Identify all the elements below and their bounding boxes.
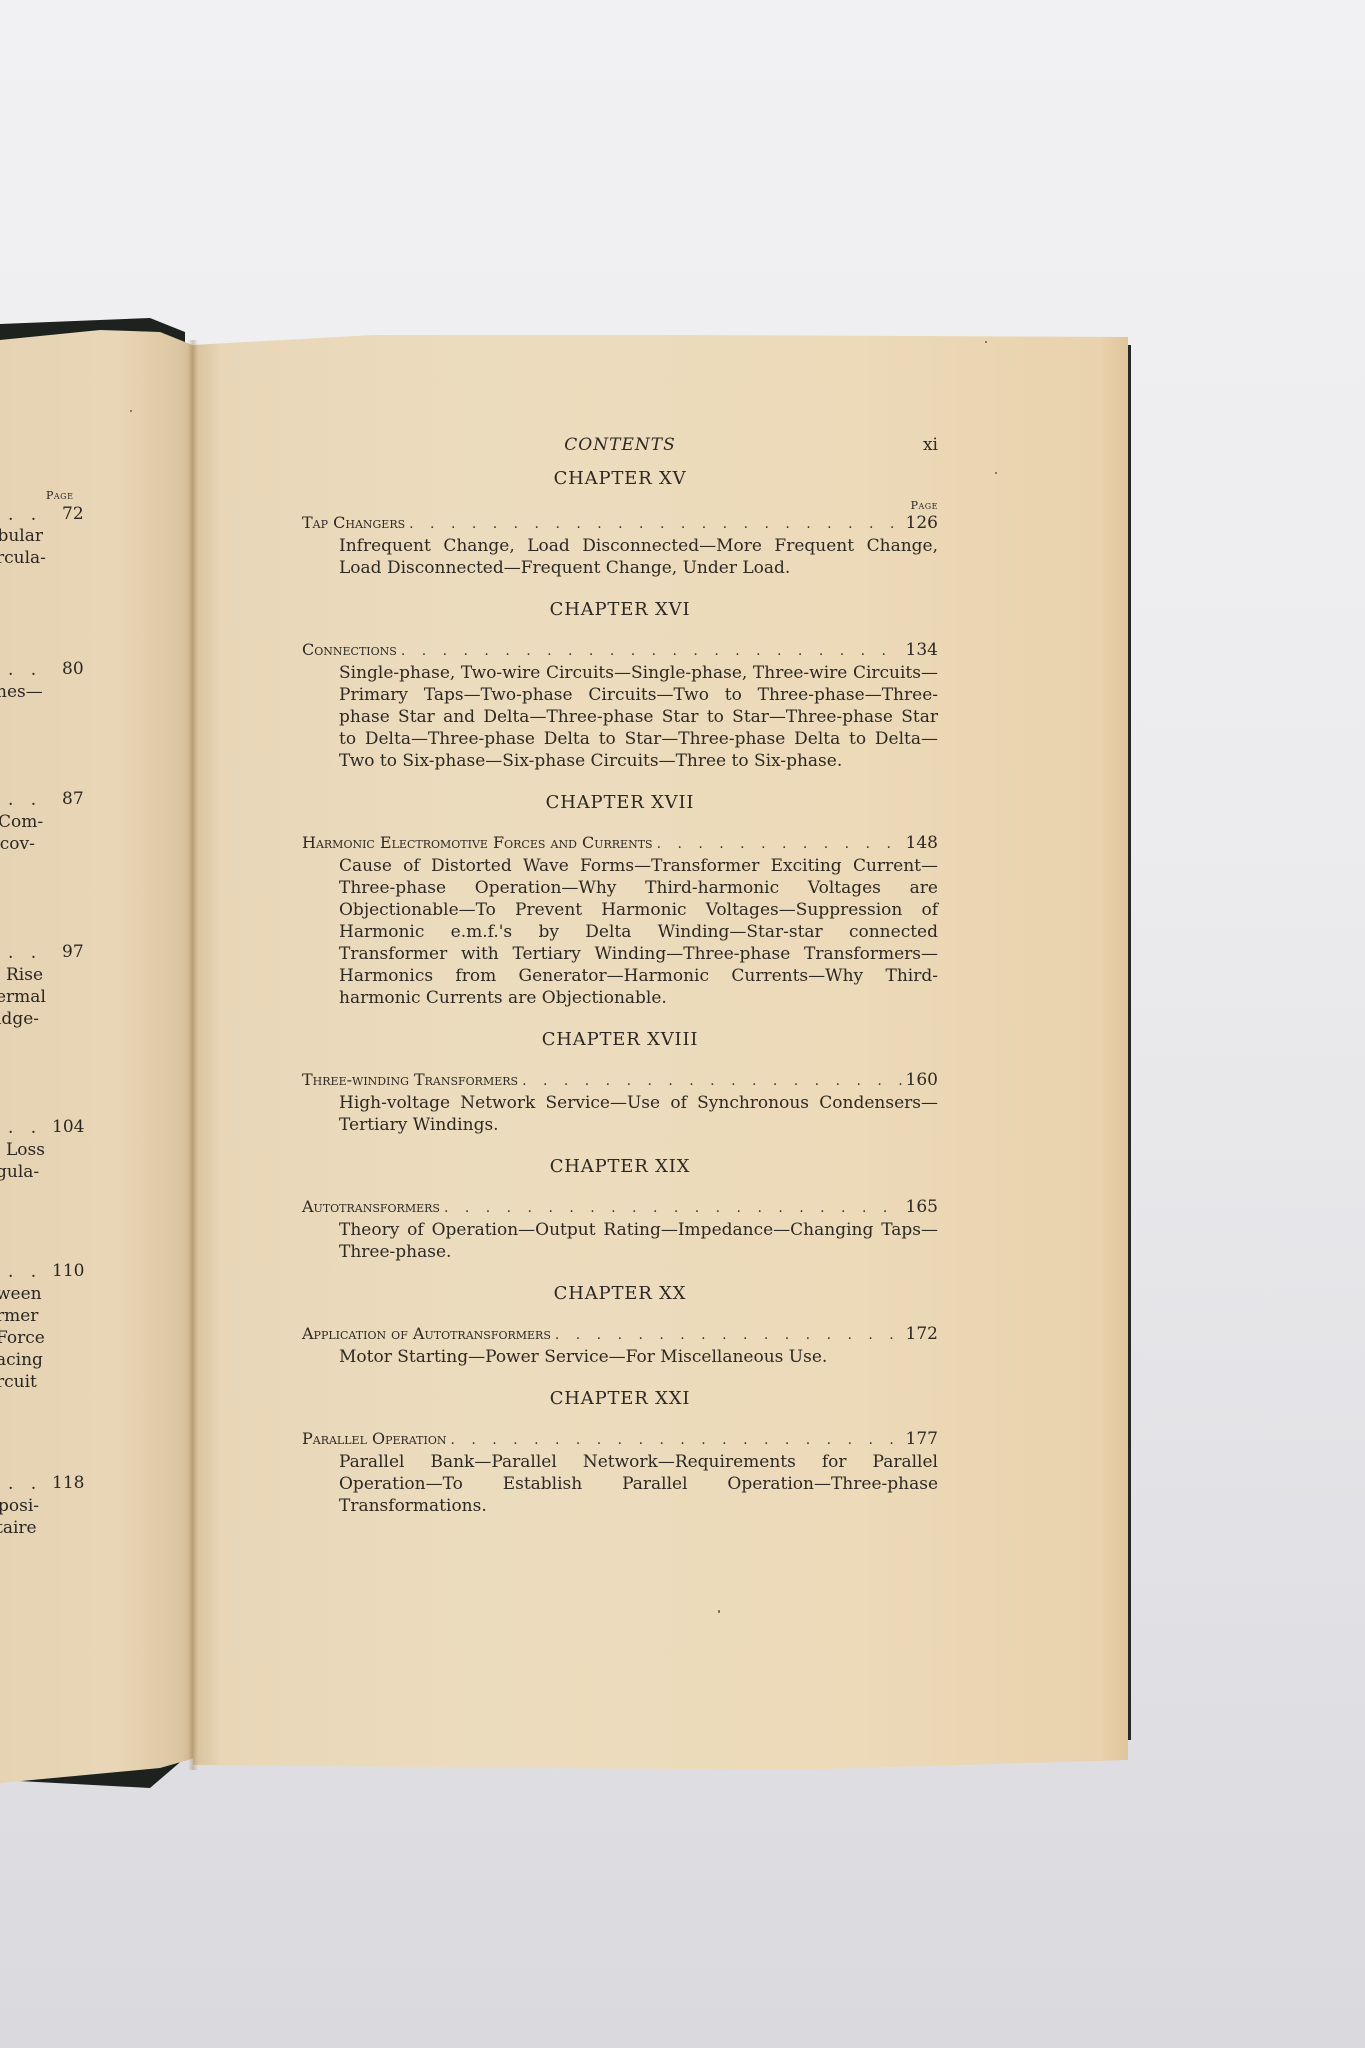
page-number: 118 bbox=[52, 1473, 84, 1493]
entry-page: 126 bbox=[906, 512, 938, 534]
leader-dots: . . . . . . . . . . . . . . . . . . . . … bbox=[401, 640, 902, 662]
entry-page: 172 bbox=[906, 1323, 938, 1345]
entry-description: High-voltage Network Service—Use of Sync… bbox=[302, 1092, 938, 1136]
fragment-line: rmer bbox=[0, 1305, 38, 1327]
leader-dots: . . bbox=[8, 1473, 42, 1495]
page-folio: xi bbox=[923, 434, 938, 456]
running-head-title: CONTENTS bbox=[302, 434, 938, 456]
toc-entry[interactable]: Connections . . . . . . . . . . . . . . … bbox=[302, 639, 938, 662]
fragment-line: Force bbox=[0, 1327, 45, 1349]
leader-dots: . . bbox=[8, 504, 42, 526]
chapter-section: CHAPTER XVIII Three-winding Transformers… bbox=[302, 1029, 938, 1136]
fragment-line: ween bbox=[0, 1283, 42, 1305]
leader-dots: . . . . . . . . . . . . . . . . . . . . … bbox=[444, 1197, 902, 1219]
chapter-heading: CHAPTER XVIII bbox=[302, 1029, 938, 1051]
fragment-line: nes— bbox=[0, 681, 43, 703]
chapter-section: CHAPTER XVI Connections . . . . . . . . … bbox=[302, 599, 938, 772]
toc-entry[interactable]: Autotransformers . . . . . . . . . . . .… bbox=[302, 1196, 938, 1219]
chapter-section: CHAPTER XV Page Tap Changers . . . . . .… bbox=[302, 468, 938, 579]
chapter-heading: CHAPTER XIX bbox=[302, 1156, 938, 1178]
leader-dots: . . . . . . . . . . . . . . . . . . . . … bbox=[450, 1429, 901, 1451]
entry-description: Infrequent Change, Load Disconnected—Mor… bbox=[302, 535, 938, 579]
fragment-line: rcuit bbox=[0, 1371, 37, 1393]
toc-entry[interactable]: Tap Changers . . . . . . . . . . . . . .… bbox=[302, 512, 938, 535]
page-number: 104 bbox=[52, 1117, 84, 1137]
leader-dots: . . . . . . . . . . . . . . . . . . . . … bbox=[522, 1070, 901, 1092]
toc-entry[interactable]: Parallel Operation . . . . . . . . . . .… bbox=[302, 1428, 938, 1451]
page-number: 72 bbox=[62, 504, 84, 524]
fragment-line: bular bbox=[0, 525, 43, 547]
fragment-line: rcula- bbox=[0, 547, 46, 569]
chapter-heading: CHAPTER XV bbox=[302, 468, 938, 490]
chapter-section: CHAPTER XXI Parallel Operation . . . . .… bbox=[302, 1388, 938, 1517]
fragment-line: acing bbox=[0, 1349, 43, 1371]
fragment-line: Loss bbox=[6, 1139, 45, 1161]
chapter-section: CHAPTER XVII Harmonic Electromotive Forc… bbox=[302, 792, 938, 1009]
paper-speck bbox=[985, 341, 987, 343]
leader-dots: . . . . . . . . . . . . . . . . . . . . … bbox=[555, 1324, 902, 1346]
entry-title: Harmonic Electromotive Forces and Curren… bbox=[302, 832, 653, 854]
entry-page: 165 bbox=[906, 1196, 938, 1218]
chapter-section: CHAPTER XIX Autotransformers . . . . . .… bbox=[302, 1156, 938, 1263]
entry-description: Theory of Operation—Output Rating—Impeda… bbox=[302, 1219, 938, 1263]
leader-dots: . . bbox=[8, 1261, 42, 1283]
chapter-heading: CHAPTER XXI bbox=[302, 1388, 938, 1410]
paper-speck bbox=[995, 472, 997, 474]
toc-entry[interactable]: Harmonic Electromotive Forces and Curren… bbox=[302, 832, 938, 855]
page-number: 110 bbox=[52, 1261, 84, 1281]
fragment-line: ermal bbox=[0, 986, 46, 1008]
fragment-line: idge- bbox=[0, 1008, 39, 1030]
left-page-label: Page bbox=[46, 489, 73, 502]
toc-entry[interactable]: Application of Autotransformers . . . . … bbox=[302, 1323, 938, 1346]
leader-dots: . . bbox=[8, 1117, 42, 1139]
fragment-line: gula- bbox=[0, 1161, 39, 1183]
entry-title: Connections bbox=[302, 639, 397, 661]
leader-dots: . . bbox=[8, 942, 42, 964]
entry-title: Three-winding Transformers bbox=[302, 1069, 518, 1091]
entry-description: Motor Starting—Power Service—For Miscell… bbox=[302, 1346, 938, 1368]
page-column-label: Page bbox=[302, 500, 938, 512]
leader-dots: . . bbox=[8, 789, 42, 811]
chapter-heading: CHAPTER XVII bbox=[302, 792, 938, 814]
fragment-line: Rise bbox=[6, 964, 43, 986]
paper-speck bbox=[718, 1610, 720, 1613]
entry-page: 148 bbox=[906, 832, 938, 854]
leader-dots: . . . . . . . . . . . . . . . . . . . . … bbox=[409, 513, 901, 535]
page-number: 87 bbox=[62, 789, 84, 809]
entry-description: Single-phase, Two-wire Circuits—Single-p… bbox=[302, 662, 938, 772]
chapter-heading: CHAPTER XVI bbox=[302, 599, 938, 621]
book-gutter bbox=[188, 340, 198, 1770]
entry-page: 160 bbox=[906, 1069, 938, 1091]
entry-description: Cause of Distorted Wave Forms—Transforme… bbox=[302, 855, 938, 1009]
page-number: 80 bbox=[62, 659, 84, 679]
fragment-line: taire bbox=[0, 1517, 37, 1539]
chapter-heading: CHAPTER XX bbox=[302, 1283, 938, 1305]
chapter-section: CHAPTER XX Application of Autotransforme… bbox=[302, 1283, 938, 1368]
paper-speck bbox=[130, 410, 132, 412]
table-of-contents: CONTENTS xi CHAPTER XV Page Tap Changers… bbox=[302, 430, 938, 1537]
page-number: 97 bbox=[62, 942, 84, 962]
entry-title: Tap Changers bbox=[302, 512, 405, 534]
entry-title: Application of Autotransformers bbox=[302, 1323, 551, 1345]
fragment-line: Com- bbox=[0, 811, 43, 833]
leader-dots: . . . . . . . . . . . . . . . . . . . . … bbox=[657, 833, 902, 855]
entry-page: 177 bbox=[906, 1428, 938, 1450]
running-head: CONTENTS xi bbox=[302, 430, 938, 458]
fragment-line: -cov- bbox=[0, 833, 35, 855]
entry-description: Parallel Bank—Parallel Network—Requireme… bbox=[302, 1451, 938, 1517]
toc-entry[interactable]: Three-winding Transformers . . . . . . .… bbox=[302, 1069, 938, 1092]
entry-title: Parallel Operation bbox=[302, 1428, 446, 1450]
leader-dots: . . bbox=[8, 659, 42, 681]
entry-page: 134 bbox=[906, 639, 938, 661]
entry-title: Autotransformers bbox=[302, 1196, 440, 1218]
fragment-line: posi- bbox=[0, 1495, 39, 1517]
